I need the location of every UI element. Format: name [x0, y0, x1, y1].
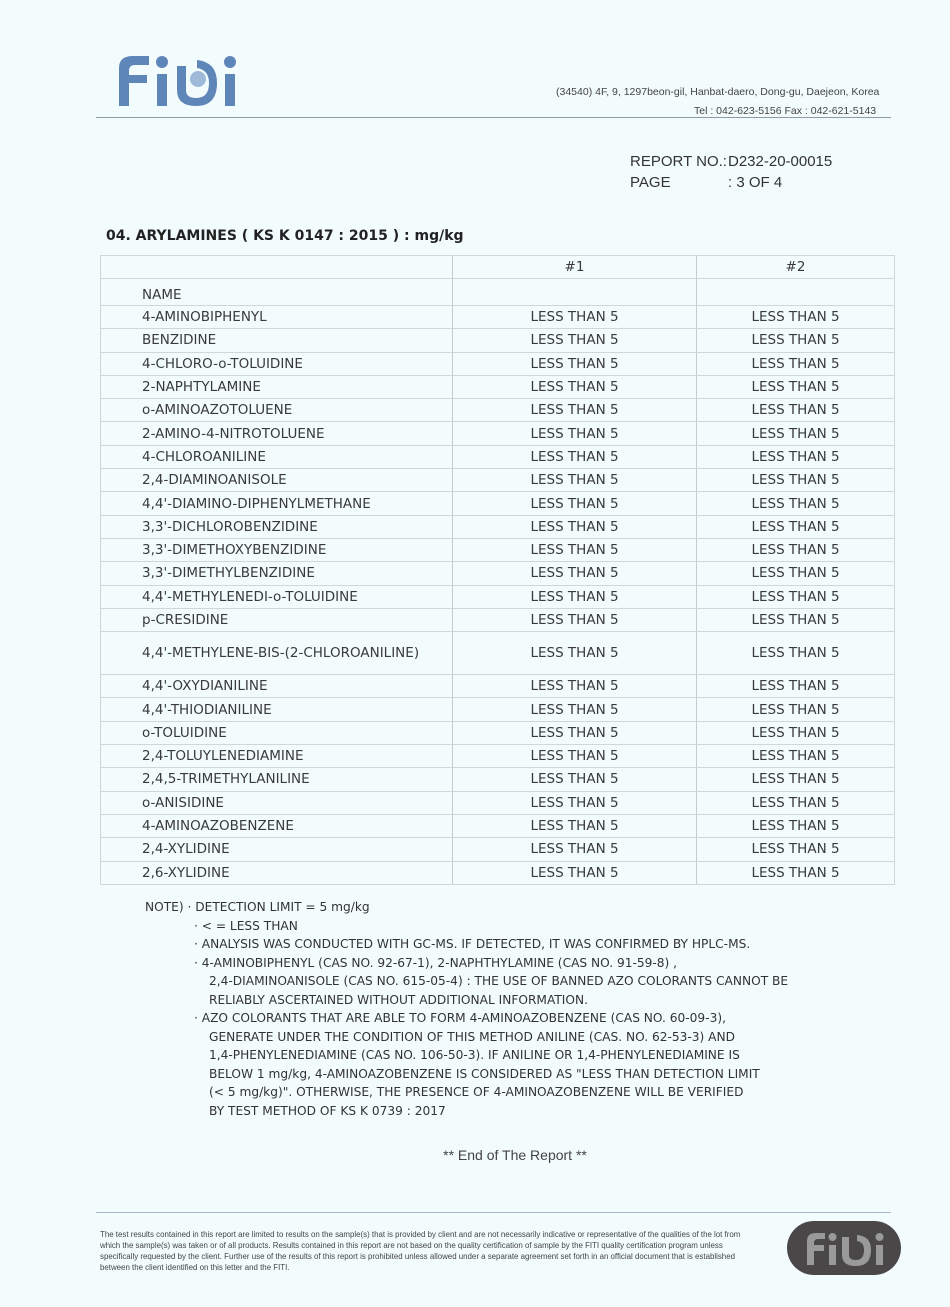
compound-name: 4,4'-METHYLENEDI-o-TOLUIDINE — [101, 585, 453, 608]
sample-1-result: LESS THAN 5 — [453, 469, 697, 492]
sample-1-result: LESS THAN 5 — [453, 352, 697, 375]
report-no-label: REPORT NO.: — [630, 151, 728, 172]
table-row: 4-CHLORO-o-TOLUIDINELESS THAN 5LESS THAN… — [101, 352, 895, 375]
report-notes: NOTE) · DETECTION LIMIT = 5 mg/kg· < = L… — [145, 898, 788, 1120]
header-divider — [96, 117, 891, 118]
sample-1-result: LESS THAN 5 — [453, 585, 697, 608]
table-row: 2,4-TOLUYLENEDIAMINELESS THAN 5LESS THAN… — [101, 745, 895, 768]
sample-1-result: LESS THAN 5 — [453, 399, 697, 422]
column-header-sample-1: #1 — [453, 256, 697, 279]
compound-name: 4,4'-DIAMINO-DIPHENYLMETHANE — [101, 492, 453, 515]
note-line: (< 5 mg/kg)". OTHERWISE, THE PRESENCE OF… — [145, 1083, 788, 1102]
table-row: 4,4'-METHYLENEDI-o-TOLUIDINELESS THAN 5L… — [101, 585, 895, 608]
compound-name: 2,4,5-TRIMETHYLANILINE — [101, 768, 453, 791]
company-contact: Tel : 042-623-5156 Fax : 042-621-5143 — [694, 105, 876, 117]
column-header-blank — [101, 256, 453, 279]
sample-1-result: LESS THAN 5 — [453, 675, 697, 698]
fiti-stamp-logo — [787, 1221, 901, 1275]
table-row: 4,4'-METHYLENE-BIS-(2-CHLOROANILINE)LESS… — [101, 632, 895, 675]
sample-1-result: LESS THAN 5 — [453, 632, 697, 675]
footer-divider — [96, 1212, 891, 1213]
sample-1-result: LESS THAN 5 — [453, 422, 697, 445]
section-title: 04. ARYLAMINES ( KS K 0147 : 2015 ) : mg… — [106, 228, 464, 244]
footer-disclaimer: The test results contained in this repor… — [100, 1229, 750, 1273]
name-header-row: NAME — [101, 285, 895, 306]
sample-2-result: LESS THAN 5 — [697, 422, 895, 445]
compound-name: BENZIDINE — [101, 329, 453, 352]
note-line: · ANALYSIS WAS CONDUCTED WITH GC-MS. IF … — [145, 935, 788, 954]
table-row: 2,4,5-TRIMETHYLANILINELESS THAN 5LESS TH… — [101, 768, 895, 791]
table-row: 2,6-XYLIDINELESS THAN 5LESS THAN 5 — [101, 861, 895, 884]
company-address: (34540) 4F, 9, 1297beon-gil, Hanbat-daer… — [556, 86, 879, 98]
sample-2-result: LESS THAN 5 — [697, 329, 895, 352]
compound-name: p-CRESIDINE — [101, 608, 453, 631]
compound-name: 4,4'-THIODIANILINE — [101, 698, 453, 721]
sample-2-result: LESS THAN 5 — [697, 608, 895, 631]
compound-name: 4-CHLOROANILINE — [101, 445, 453, 468]
sample-2-result: LESS THAN 5 — [697, 861, 895, 884]
sample-1-result: LESS THAN 5 — [453, 608, 697, 631]
sample-2-result: LESS THAN 5 — [697, 698, 895, 721]
arylamines-results-table: #1 #2 NAME 4-AMINOBIPHENYLLESS THAN 5LES… — [100, 255, 895, 885]
compound-name: 2,4-XYLIDINE — [101, 838, 453, 861]
table-row: o-ANISIDINELESS THAN 5LESS THAN 5 — [101, 791, 895, 814]
sample-2-result: LESS THAN 5 — [697, 469, 895, 492]
sample-2-result: LESS THAN 5 — [697, 745, 895, 768]
sample-1-result: LESS THAN 5 — [453, 492, 697, 515]
compound-name: 2,4-DIAMINOANISOLE — [101, 469, 453, 492]
fiti-logo — [105, 46, 245, 108]
compound-name: 2-AMINO-4-NITROTOLUENE — [101, 422, 453, 445]
compound-name: 4-CHLORO-o-TOLUIDINE — [101, 352, 453, 375]
compound-name: o-ANISIDINE — [101, 791, 453, 814]
compound-name: 3,3'-DIMETHOXYBENZIDINE — [101, 538, 453, 561]
sample-2-result: LESS THAN 5 — [697, 838, 895, 861]
sample-1-result: LESS THAN 5 — [453, 698, 697, 721]
end-of-report: ** End of The Report ** — [0, 1147, 950, 1163]
compound-name: 4-AMINOAZOBENZENE — [101, 814, 453, 837]
sample-2-result: LESS THAN 5 — [697, 768, 895, 791]
sample-1-result: LESS THAN 5 — [453, 861, 697, 884]
sample-1-result: LESS THAN 5 — [453, 445, 697, 468]
sample-1-result: LESS THAN 5 — [453, 838, 697, 861]
sample-1-result: LESS THAN 5 — [453, 538, 697, 561]
note-line: 1,4-PHENYLENEDIAMINE (CAS NO. 106-50-3).… — [145, 1046, 788, 1065]
table-row: 4,4'-DIAMINO-DIPHENYLMETHANELESS THAN 5L… — [101, 492, 895, 515]
sample-2-result: LESS THAN 5 — [697, 445, 895, 468]
note-line: BELOW 1 mg/kg, 4-AMINOAZOBENZENE IS CONS… — [145, 1065, 788, 1084]
compound-name: o-AMINOAZOTOLUENE — [101, 399, 453, 422]
sample-1-result: LESS THAN 5 — [453, 768, 697, 791]
compound-name: 2,4-TOLUYLENEDIAMINE — [101, 745, 453, 768]
sample-2-result: LESS THAN 5 — [697, 492, 895, 515]
compound-name: 4,4'-METHYLENE-BIS-(2-CHLOROANILINE) — [101, 632, 453, 675]
table-row: p-CRESIDINELESS THAN 5LESS THAN 5 — [101, 608, 895, 631]
sample-1-result: LESS THAN 5 — [453, 721, 697, 744]
sample-2-result: LESS THAN 5 — [697, 515, 895, 538]
sample-2-result: LESS THAN 5 — [697, 721, 895, 744]
sample-1-result: LESS THAN 5 — [453, 329, 697, 352]
table-row: o-AMINOAZOTOLUENELESS THAN 5LESS THAN 5 — [101, 399, 895, 422]
compound-name: 2,6-XYLIDINE — [101, 861, 453, 884]
sample-1-result: LESS THAN 5 — [453, 375, 697, 398]
sample-2-result: LESS THAN 5 — [697, 585, 895, 608]
compound-name: o-TOLUIDINE — [101, 721, 453, 744]
table-row: BENZIDINELESS THAN 5LESS THAN 5 — [101, 329, 895, 352]
table-row: 2,4-DIAMINOANISOLELESS THAN 5LESS THAN 5 — [101, 469, 895, 492]
note-line: · 4-AMINOBIPHENYL (CAS NO. 92-67-1), 2-N… — [145, 954, 788, 973]
compound-name: 4-AMINOBIPHENYL — [101, 306, 453, 329]
sample-2-result: LESS THAN 5 — [697, 791, 895, 814]
table-row: 4-CHLOROANILINELESS THAN 5LESS THAN 5 — [101, 445, 895, 468]
table-row: 2,4-XYLIDINELESS THAN 5LESS THAN 5 — [101, 838, 895, 861]
note-line: GENERATE UNDER THE CONDITION OF THIS MET… — [145, 1028, 788, 1047]
table-row: 2-NAPHTYLAMINELESS THAN 5LESS THAN 5 — [101, 375, 895, 398]
page-label: PAGE — [630, 172, 728, 193]
sample-2-result: LESS THAN 5 — [697, 632, 895, 675]
note-line: RELIABLY ASCERTAINED WITHOUT ADDITIONAL … — [145, 991, 788, 1010]
compound-name: 3,3'-DICHLOROBENZIDINE — [101, 515, 453, 538]
table-row: 3,3'-DIMETHOXYBENZIDINELESS THAN 5LESS T… — [101, 538, 895, 561]
name-column-header: NAME — [101, 285, 453, 306]
note-line: · < = LESS THAN — [145, 917, 788, 936]
table-header-row: #1 #2 — [101, 256, 895, 279]
note-line: · AZO COLORANTS THAT ARE ABLE TO FORM 4-… — [145, 1009, 788, 1028]
report-no: D232-20-00015 — [728, 153, 832, 170]
sample-2-result: LESS THAN 5 — [697, 399, 895, 422]
table-row: 4,4'-OXYDIANILINELESS THAN 5LESS THAN 5 — [101, 675, 895, 698]
column-header-sample-2: #2 — [697, 256, 895, 279]
table-row: 4-AMINOBIPHENYLLESS THAN 5LESS THAN 5 — [101, 306, 895, 329]
sample-1-result: LESS THAN 5 — [453, 515, 697, 538]
compound-name: 2-NAPHTYLAMINE — [101, 375, 453, 398]
sample-1-result: LESS THAN 5 — [453, 562, 697, 585]
compound-name: 3,3'-DIMETHYLBENZIDINE — [101, 562, 453, 585]
note-line: BY TEST METHOD OF KS K 0739 : 2017 — [145, 1102, 788, 1121]
report-meta: REPORT NO.:D232-20-00015 PAGE: 3 OF 4 — [630, 151, 832, 193]
table-row: 4,4'-THIODIANILINELESS THAN 5LESS THAN 5 — [101, 698, 895, 721]
table-row: 2-AMINO-4-NITROTOLUENELESS THAN 5LESS TH… — [101, 422, 895, 445]
sample-1-result: LESS THAN 5 — [453, 814, 697, 837]
sample-2-result: LESS THAN 5 — [697, 814, 895, 837]
note-line: 2,4-DIAMINOANISOLE (CAS NO. 615-05-4) : … — [145, 972, 788, 991]
sample-2-result: LESS THAN 5 — [697, 538, 895, 561]
table-row: 3,3'-DICHLOROBENZIDINELESS THAN 5LESS TH… — [101, 515, 895, 538]
table-row: 3,3'-DIMETHYLBENZIDINELESS THAN 5LESS TH… — [101, 562, 895, 585]
compound-name: 4,4'-OXYDIANILINE — [101, 675, 453, 698]
sample-2-result: LESS THAN 5 — [697, 675, 895, 698]
sample-2-result: LESS THAN 5 — [697, 306, 895, 329]
note-line: NOTE) · DETECTION LIMIT = 5 mg/kg — [145, 898, 788, 917]
sample-2-result: LESS THAN 5 — [697, 375, 895, 398]
table-row: o-TOLUIDINELESS THAN 5LESS THAN 5 — [101, 721, 895, 744]
sample-1-result: LESS THAN 5 — [453, 745, 697, 768]
table-row: 4-AMINOAZOBENZENELESS THAN 5LESS THAN 5 — [101, 814, 895, 837]
sample-2-result: LESS THAN 5 — [697, 352, 895, 375]
sample-1-result: LESS THAN 5 — [453, 306, 697, 329]
sample-2-result: LESS THAN 5 — [697, 562, 895, 585]
page-value: : 3 OF 4 — [728, 174, 782, 191]
sample-1-result: LESS THAN 5 — [453, 791, 697, 814]
